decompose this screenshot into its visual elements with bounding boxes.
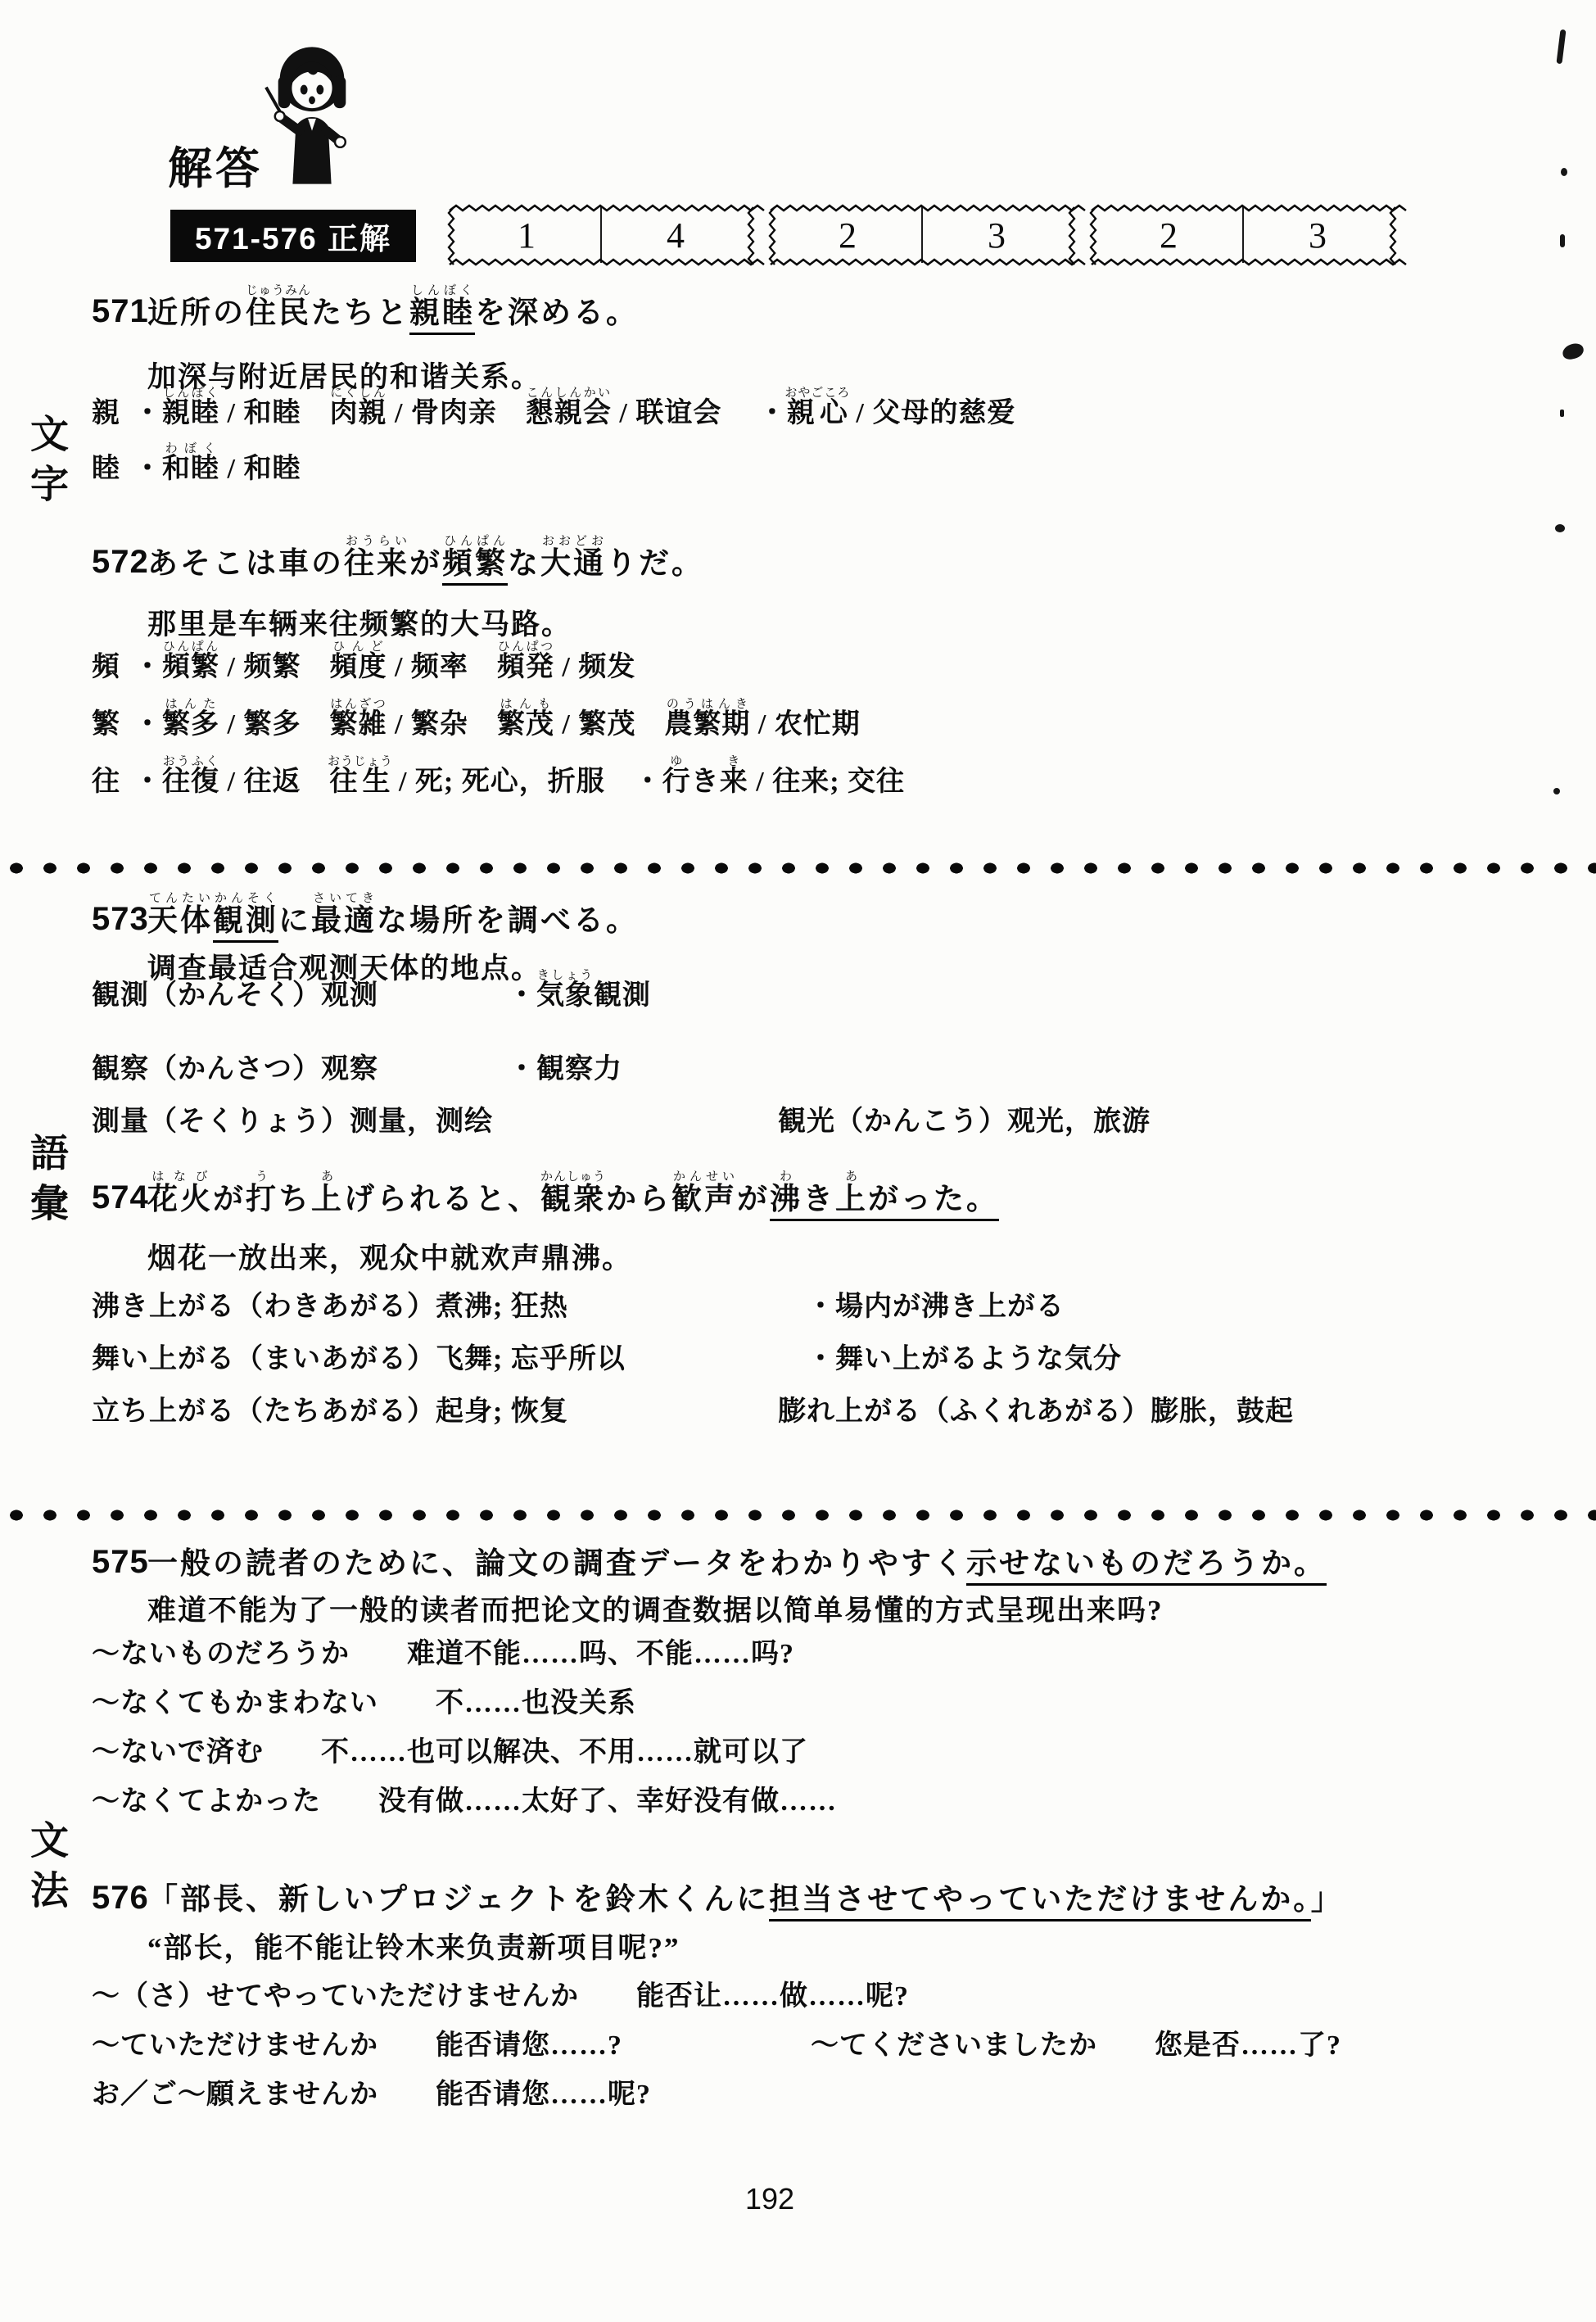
vocab-left: 立ち上がる（たちあがる）起身; 恢复 bbox=[92, 1397, 568, 1428]
question-576-translation: “部长，能不能让铃木来负责新项目呢?” bbox=[147, 1933, 680, 1964]
question-sentence: 一般の読者のために、論文の調査データをわかりやすく示せないものだろうか。 bbox=[147, 1547, 1327, 1580]
zigzag-border bbox=[771, 204, 1074, 212]
scan-artifact bbox=[1561, 168, 1567, 176]
question-sentence: 近所の住民じゅうみんたちと親睦しんぼくを深める。 bbox=[147, 283, 639, 329]
teacher-girl-illustration bbox=[264, 41, 360, 188]
zigzag-border bbox=[747, 207, 755, 263]
vocab-row-maiagaru: 舞い上がる（まいあがる）飞舞; 忘乎所以 ・舞い上がるような気分 bbox=[92, 1345, 1596, 1375]
page-number: 192 bbox=[704, 2182, 835, 2216]
zigzag-border bbox=[450, 204, 753, 212]
vocab-right: ・場内が沸き上がる bbox=[807, 1292, 1065, 1323]
kanji-row-han: 繁 ・繁多はんた / 繁多 繁雑はんざつ / 繁杂 繁茂はんも / 繁茂 農繁期… bbox=[92, 698, 861, 740]
vocab-left: 観測（かんそく）观测 bbox=[92, 981, 378, 1012]
answer-box-575-576: 2 3 bbox=[1095, 207, 1391, 263]
kanji-head: 繁 bbox=[92, 710, 133, 740]
answer-576: 3 bbox=[1242, 207, 1391, 263]
vocab-example: ・観察力 bbox=[508, 1055, 622, 1085]
question-number: 573 bbox=[92, 902, 147, 937]
question-571: 571 近所の住民じゅうみんたちと親睦しんぼくを深める。 bbox=[92, 283, 639, 329]
kanji-row-boku: 睦 ・和睦わぼく / 和睦 bbox=[92, 442, 301, 485]
answer-572: 4 bbox=[600, 207, 749, 263]
question-575: 575 一般の読者のために、論文の調査データをわかりやすく示せないものだろうか。 bbox=[92, 1545, 1327, 1580]
zigzag-border bbox=[447, 207, 455, 263]
zigzag-border bbox=[768, 207, 776, 263]
section-label-bunpo: 文法 bbox=[20, 1820, 75, 1920]
zigzag-border bbox=[1092, 204, 1395, 212]
answer-key-label: 571-576 正解 bbox=[170, 210, 416, 262]
grammar-pattern: ～なくてよかった 没有做……太好了、幸好没有做…… bbox=[92, 1787, 837, 1817]
kanji-examples: ・往復おうふく / 往返 往生おうじょう / 死; 死心，折服 ・行ゆき来き /… bbox=[133, 755, 905, 798]
answer-575: 2 bbox=[1095, 207, 1242, 263]
grammar-pattern: お／ご～願えませんか 能否请您……呢? bbox=[92, 2080, 651, 2111]
answer-boxes: 1 4 2 3 2 3 bbox=[453, 207, 1391, 263]
answer-573: 2 bbox=[774, 207, 921, 263]
kanji-row-shin: 親 ・親睦しんぼく / 和睦 肉親にくしん / 骨肉亲 懇親会こんしんかい / … bbox=[92, 387, 1015, 429]
vocab-example: ・気象きしょう観測 bbox=[508, 969, 651, 1012]
vocab-right: ・舞い上がるような気分 bbox=[807, 1345, 1122, 1375]
scan-artifact bbox=[1561, 342, 1585, 361]
kanji-head: 親 bbox=[92, 399, 133, 429]
answer-571: 1 bbox=[453, 207, 600, 263]
scan-artifact bbox=[1553, 788, 1560, 794]
question-number: 572 bbox=[92, 545, 147, 580]
kanji-row-hin: 頻 ・頻繁ひんぱん / 频繁 頻度ひんど / 频率 頻発ひんぱつ / 频发 bbox=[92, 640, 635, 683]
question-576: 576 「部長、新しいプロジェクトを鈴木くんに担当させてやっていただけませんか。… bbox=[92, 1881, 1344, 1916]
zigzag-border bbox=[450, 258, 753, 266]
vocab-left: 沸き上がる（わきあがる）煮沸; 狂热 bbox=[92, 1292, 568, 1323]
answer-574: 3 bbox=[921, 207, 1070, 263]
kanji-examples: ・和睦わぼく / 和睦 bbox=[133, 442, 301, 485]
page-title: 解答 bbox=[168, 134, 263, 197]
question-572-translation: 那里是车辆来往频繁的大马路。 bbox=[147, 609, 572, 640]
zigzag-border bbox=[1092, 258, 1395, 266]
dotted-divider bbox=[0, 1509, 1596, 1522]
grammar-pattern: ～なくてもかまわない 不……也没关系 bbox=[92, 1689, 636, 1719]
grammar-pattern: ～ないものだろうか 难道不能……吗、不能……吗? bbox=[92, 1640, 794, 1670]
dotted-divider bbox=[0, 862, 1596, 875]
question-number: 576 bbox=[92, 1881, 147, 1916]
question-574-translation: 烟花一放出来，观众中就欢声鼎沸。 bbox=[147, 1243, 632, 1274]
question-sentence: 「部長、新しいプロジェクトを鈴木くんに担当させてやっていただけませんか。」 bbox=[147, 1883, 1344, 1916]
question-number: 574 bbox=[92, 1180, 147, 1215]
kanji-examples: ・親睦しんぼく / 和睦 肉親にくしん / 骨肉亲 懇親会こんしんかい / 联谊… bbox=[133, 387, 1015, 429]
question-sentence: あそこは車の往来おうらいが頻繁ひんぱんな大通おおどおりだ。 bbox=[147, 534, 704, 580]
question-sentence: 花火はなびが打うち上あげられると、観衆かんしゅうから歓声かんせいが沸わき上あがっ… bbox=[147, 1170, 999, 1215]
vocab-right: 膨れ上がる（ふくれあがる）膨胀，鼓起 bbox=[778, 1397, 1294, 1428]
kanji-head: 睦 bbox=[92, 455, 133, 485]
question-575-translation: 难道不能为了一般的读者而把论文的调查数据以简单易懂的方式呈现出来吗? bbox=[147, 1596, 1164, 1627]
scan-artifact bbox=[1556, 29, 1566, 65]
vocab-row-sokuryo: 測量（そくりょう）测量，测绘 観光（かんこう）观光，旅游 bbox=[92, 1107, 1596, 1138]
zigzag-border bbox=[1389, 207, 1397, 263]
vocab-left: 舞い上がる（まいあがる）飞舞; 忘乎所以 bbox=[92, 1345, 626, 1375]
question-573: 573 天体てんたい観測かんそくに最適さいてきな場所を調べる。 bbox=[92, 891, 639, 937]
vocab-row-wakiagaru: 沸き上がる（わきあがる）煮沸; 狂热 ・場内が沸き上がる bbox=[92, 1292, 1596, 1323]
grammar-pattern: ～ないで済む 不……也可以解决、不用……就可以了 bbox=[92, 1738, 808, 1768]
zigzag-border bbox=[771, 258, 1074, 266]
grammar-pattern-row: ～ていただけませんか 能否请您……? ～てくださいましたか 您是否……了? bbox=[92, 2031, 1596, 2062]
kanji-head: 往 bbox=[92, 767, 133, 798]
question-number: 571 bbox=[92, 294, 147, 329]
vocab-left: 観察（かんさつ）观察 bbox=[92, 1055, 378, 1085]
vocab-row-tachiagaru: 立ち上がる（たちあがる）起身; 恢复 膨れ上がる（ふくれあがる）膨胀，鼓起 bbox=[92, 1397, 1596, 1428]
section-label-goi: 語彙 bbox=[20, 1133, 75, 1233]
question-number: 575 bbox=[92, 1545, 147, 1580]
kanji-head: 頻 bbox=[92, 653, 133, 683]
section-label-moji: 文字 bbox=[20, 414, 75, 514]
zigzag-border bbox=[1068, 207, 1076, 263]
scan-artifact bbox=[1560, 234, 1565, 247]
kanji-examples: ・頻繁ひんぱん / 频繁 頻度ひんど / 频率 頻発ひんぱつ / 频发 bbox=[133, 640, 635, 683]
kanji-row-ou: 往 ・往復おうふく / 往返 往生おうじょう / 死; 死心，折服 ・行ゆき来き… bbox=[92, 755, 905, 798]
question-sentence: 天体てんたい観測かんそくに最適さいてきな場所を調べる。 bbox=[147, 891, 639, 937]
scan-artifact bbox=[1555, 524, 1565, 532]
scan-artifact bbox=[1560, 410, 1564, 417]
question-574: 574 花火はなびが打うち上あげられると、観衆かんしゅうから歓声かんせいが沸わき… bbox=[92, 1170, 999, 1215]
zigzag-border bbox=[1089, 207, 1097, 263]
answer-box-571-572: 1 4 bbox=[453, 207, 749, 263]
kanji-examples: ・繁多はんた / 繁多 繁雑はんざつ / 繁杂 繁茂はんも / 繁茂 農繁期のう… bbox=[133, 698, 861, 740]
answer-page: 解答 571-576 正解 1 4 2 bbox=[0, 0, 1596, 2322]
grammar-pattern: ～（さ）せてやっていただけませんか 能否让……做……呢? bbox=[92, 1982, 909, 2012]
vocab-row-kansoku: 観測（かんそく）观测 ・気象きしょう観測 bbox=[92, 981, 1596, 1012]
answer-box-573-574: 2 3 bbox=[774, 207, 1070, 263]
vocab-left: 測量（そくりょう）测量，测绘 bbox=[92, 1107, 493, 1138]
vocab-right: 観光（かんこう）观光，旅游 bbox=[778, 1107, 1151, 1138]
vocab-row-kansatsu: 観察（かんさつ）观察 ・観察力 bbox=[92, 1055, 1596, 1085]
question-572: 572 あそこは車の往来おうらいが頻繁ひんぱんな大通おおどおりだ。 bbox=[92, 534, 704, 580]
grammar-pattern: ～てくださいましたか 您是否……了? bbox=[811, 2031, 1341, 2062]
grammar-pattern: ～ていただけませんか 能否请您……? bbox=[92, 2031, 622, 2062]
